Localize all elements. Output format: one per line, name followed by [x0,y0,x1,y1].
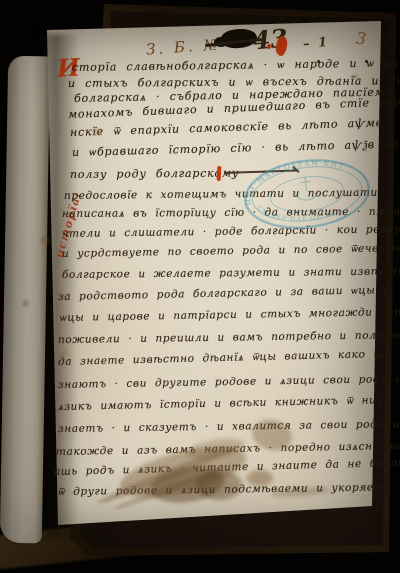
photo-frame: З. Б. № 43 – 1 3 И исторїа: сторїа славѣ… [0,0,400,573]
photo-vignette [0,0,400,573]
